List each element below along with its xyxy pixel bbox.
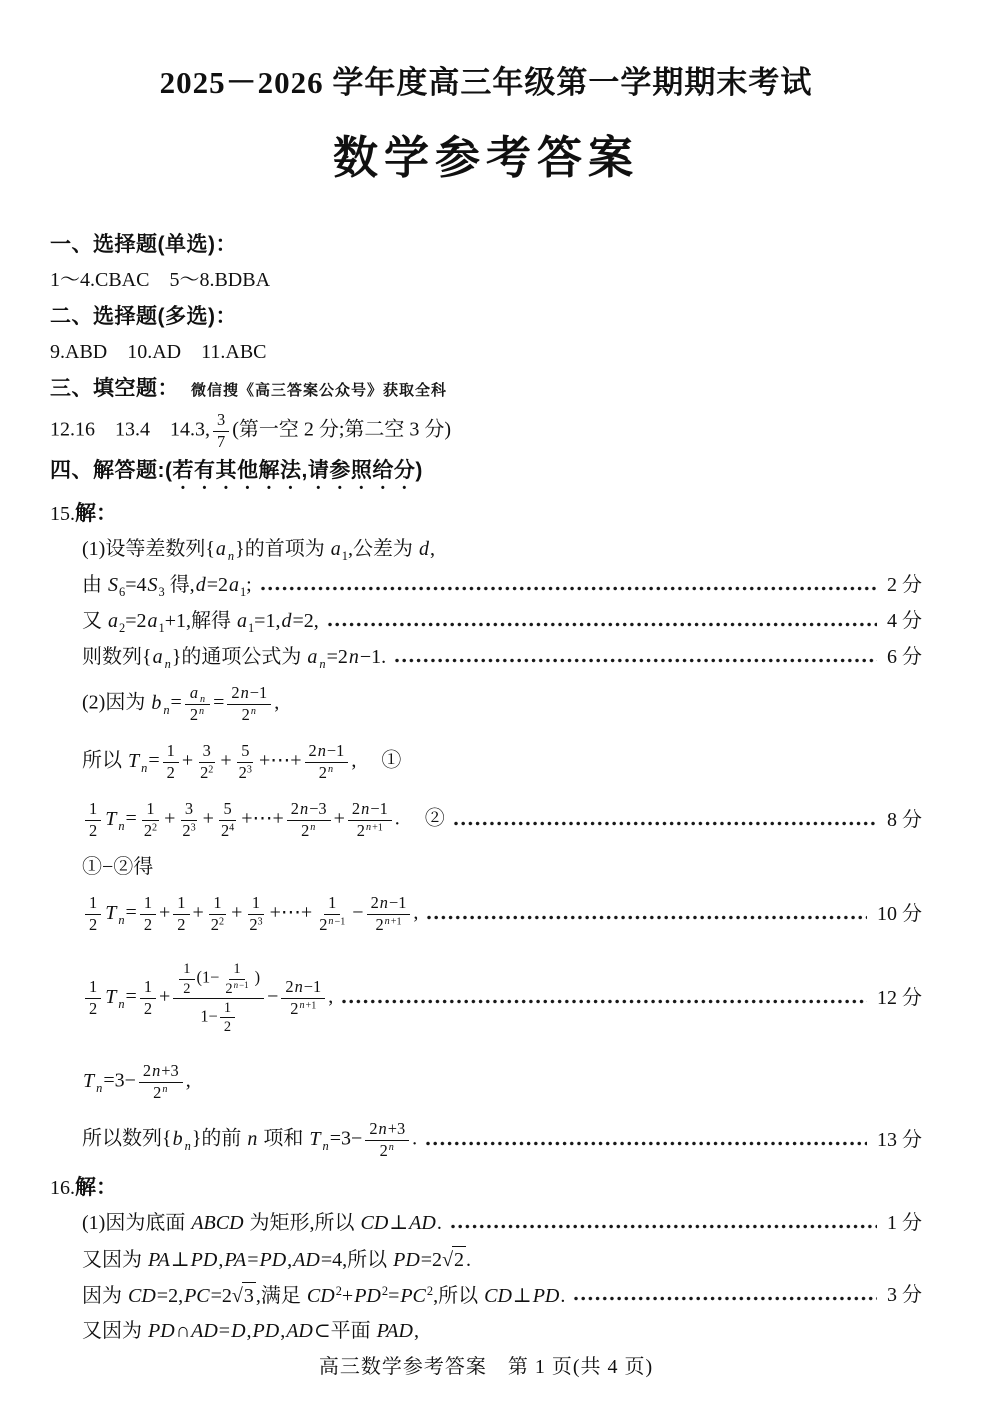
math-variable: n xyxy=(240,683,250,702)
fraction: 122 xyxy=(140,800,161,840)
superscript: 3 xyxy=(191,822,196,833)
subscript: n xyxy=(322,1139,330,1153)
q16-label-content: 16.解： xyxy=(50,1174,117,1201)
subscript: n xyxy=(184,1139,192,1153)
superscript: 3 xyxy=(258,916,263,927)
fraction: 2n−12n+1 xyxy=(367,894,411,934)
answer-sheet-page: 2025－2026 学年度高三年级第一学期期末考试 数学参考答案 一、选择题(单… xyxy=(0,0,992,1402)
fraction: 12 xyxy=(85,800,101,840)
math-variable: n xyxy=(317,741,327,760)
superscript: n+1 xyxy=(384,916,402,927)
math-variable: n xyxy=(384,916,391,927)
superscript: n xyxy=(309,822,316,833)
superscript: n−1 xyxy=(233,980,249,990)
dotted-leader xyxy=(327,621,877,628)
math-variable: d xyxy=(195,574,207,596)
q15-eq-circle1: 所以 Tn=12+322+523+⋯+2n−12n, ① xyxy=(50,734,922,790)
emphasized-text: 若有其他解法 xyxy=(173,459,302,482)
subscript: 2 xyxy=(119,621,125,635)
math-variable: PC xyxy=(183,1285,211,1307)
sec1-answers: 1～4.CBAC 5～8.BDBA xyxy=(50,263,922,297)
math-variable: T xyxy=(127,750,140,772)
fraction: 2n−12n xyxy=(227,684,271,724)
math-variable: n xyxy=(161,1084,168,1095)
math-variable: n xyxy=(117,913,125,927)
math-variable: n xyxy=(117,997,125,1011)
q16-step-3pt: 因为 CD=2,PC=2√3,满足 CD2+PD2=PC2,所以 CD⊥PD.3… xyxy=(50,1278,922,1312)
fraction: 123 xyxy=(245,894,266,934)
sec2-heading: 二、选择题(多选)： xyxy=(50,299,922,333)
fraction: 2n−32n xyxy=(287,800,331,840)
q15-eq-circle1-content: 所以 Tn=12+322+523+⋯+2n−12n, ① xyxy=(82,742,401,782)
superscript: n−1 xyxy=(327,916,345,927)
math-variable: PD xyxy=(258,1249,287,1271)
math-variable: AD xyxy=(292,1249,321,1271)
q15-step-2pt: 由 S6=4S3 得,d=2a1;2 分 xyxy=(50,568,922,602)
math-variable: PAD xyxy=(376,1320,414,1342)
math-variable: n xyxy=(198,706,205,717)
score-label: 4 分 xyxy=(887,608,922,634)
subscript: n xyxy=(117,913,125,927)
q15-label-content: 15.解： xyxy=(50,500,117,527)
fraction: 2n−12n+1 xyxy=(348,800,392,840)
superscript: n xyxy=(161,1084,168,1095)
fraction: an2n xyxy=(185,684,210,724)
q15-step-10pt: 12Tn=12+12+122+123+⋯+12n−1−2n−12n+1,10 分 xyxy=(50,886,922,942)
math-variable: n xyxy=(360,799,370,818)
math-variable: PD xyxy=(252,1320,281,1342)
math-variable: CD xyxy=(483,1285,513,1307)
dotted-leader xyxy=(425,1140,867,1147)
math-variable: n xyxy=(318,657,326,671)
math-variable: n xyxy=(379,893,389,912)
fraction: 323 xyxy=(178,800,199,840)
subscript: n xyxy=(318,657,326,671)
subscript: n xyxy=(95,1081,103,1095)
q16-step-1pt-content: (1)因为底面 ABCD 为矩形,所以 CD⊥AD. xyxy=(82,1210,442,1236)
score-label: 10 分 xyxy=(877,901,922,927)
subscript: n xyxy=(227,549,235,563)
superscript: 3 xyxy=(247,764,252,775)
q15-tn-result: Tn=3−2n+32n, xyxy=(50,1054,922,1110)
math-variable: AD xyxy=(190,1320,219,1342)
superscript: 2 xyxy=(382,1284,388,1298)
math-variable: T xyxy=(104,808,117,830)
math-variable: n xyxy=(227,549,235,563)
q15-part1-setup: (1)设等差数列{an}的首项为 a1,公差为 d, xyxy=(50,532,922,566)
dotted-leader xyxy=(453,820,877,827)
math-variable: n xyxy=(233,980,239,990)
math-variable: a xyxy=(228,574,240,596)
q15-subtract-content: ①−②得 xyxy=(82,854,153,880)
fraction: 12 xyxy=(220,1000,235,1035)
score-label: 12 分 xyxy=(877,985,922,1011)
math-variable: S xyxy=(107,574,119,596)
q15-step-13pt-content: 所以数列{bn}的前 n 项和 Tn=3−2n+32n. xyxy=(82,1120,417,1160)
bold-label: 解： xyxy=(75,1176,117,1199)
superscript: 2 xyxy=(336,1284,342,1298)
math-variable: a xyxy=(189,683,199,702)
q16-step2: 又因为 PA⊥PD,PA=PD,AD=4,所以 PD=2√2. xyxy=(50,1242,922,1276)
q15-tn-result-content: Tn=3−2n+32n, xyxy=(82,1062,191,1102)
emphasized-text: 请参照给分 xyxy=(308,459,416,482)
dotted-leader xyxy=(260,585,877,592)
math-variable: PA xyxy=(147,1249,171,1271)
dotted-leader xyxy=(426,914,867,921)
fraction: 524 xyxy=(217,800,238,840)
math-variable: n xyxy=(298,1000,305,1011)
subscript: n xyxy=(117,819,125,833)
q15-part2-bn-content: (2)因为 bn=an2n=2n−12n, xyxy=(82,684,279,724)
fraction: 2n−12n xyxy=(305,742,349,782)
sec1-heading: 一、选择题(单选)： xyxy=(50,227,922,261)
sec1-heading-content: 一、选择题(单选)： xyxy=(50,231,237,258)
math-variable: PD xyxy=(190,1249,219,1271)
footer-text: 高三数学参考答案 第 1 页(共 4 页) xyxy=(319,1356,653,1378)
math-variable: PD xyxy=(532,1285,561,1307)
answer-key-title: 数学参考答案 xyxy=(50,131,922,185)
superscript: n+1 xyxy=(298,1000,316,1011)
math-variable: n xyxy=(140,761,148,775)
math-variable: n xyxy=(162,703,170,717)
math-variable: AD xyxy=(285,1320,314,1342)
q15-step-6pt-content: 则数列{an}的通项公式为 an=2n−1. xyxy=(82,644,386,670)
math-variable: a xyxy=(107,610,119,632)
fraction: 12 xyxy=(85,978,101,1018)
page-footer: 高三数学参考答案 第 1 页(共 4 页) xyxy=(50,1350,922,1383)
math-variable: PA xyxy=(223,1249,247,1271)
dotted-leader xyxy=(573,1295,877,1302)
math-variable: b xyxy=(172,1128,184,1150)
math-variable: PC xyxy=(399,1285,427,1307)
q15-label: 15.解： xyxy=(50,496,922,530)
math-variable: a xyxy=(152,646,164,668)
math-variable: AD xyxy=(408,1212,437,1234)
sec3-answers-content: 12.16 13.4 14.3,37(第一空 2 分;第二空 3 分) xyxy=(50,411,451,451)
math-variable: d xyxy=(280,610,292,632)
math-variable: T xyxy=(308,1128,321,1150)
math-variable: n xyxy=(164,657,172,671)
fraction: 2n−12n+1 xyxy=(281,978,325,1018)
math-variable: CD xyxy=(360,1212,390,1234)
math-variable: S xyxy=(146,574,158,596)
sec3-heading: 三、填空题：微信搜《高三答案公众号》获取全科 xyxy=(50,371,922,405)
fraction: 12(1−12n−1)1−12 xyxy=(173,961,264,1035)
q16-step4-content: 又因为 PD∩AD=D,PD,AD⊂平面 PAD, xyxy=(82,1318,419,1344)
math-variable: ABCD xyxy=(190,1212,244,1234)
sec3-answers: 12.16 13.4 14.3,37(第一空 2 分;第二空 3 分) xyxy=(50,407,922,455)
subscript: 1 xyxy=(158,621,164,635)
q15-step-2pt-content: 由 S6=4S3 得,d=2a1; xyxy=(82,572,252,598)
superscript: 2 xyxy=(152,822,157,833)
score-label: 6 分 xyxy=(887,644,922,670)
fraction: 12 xyxy=(140,894,156,934)
subscript: 1 xyxy=(248,621,254,635)
superscript: 2 xyxy=(427,1284,433,1298)
math-variable: a xyxy=(215,538,227,560)
score-label: 13 分 xyxy=(877,1127,922,1153)
math-variable: n xyxy=(299,799,309,818)
math-variable: n xyxy=(322,1139,330,1153)
page-header: 2025－2026 学年度高三年级第一学期期末考试 数学参考答案 xyxy=(50,64,922,185)
math-variable: n xyxy=(388,1142,395,1153)
math-variable: n xyxy=(365,822,372,833)
math-variable: a xyxy=(236,610,248,632)
math-variable: PD xyxy=(147,1320,176,1342)
sec2-answers: 9.ABD 10.AD 11.ABC xyxy=(50,335,922,369)
q15-eq-circle2: 12Tn=122+323+524+⋯+2n−32n+2n−12n+1. ②8 分 xyxy=(50,792,922,848)
math-variable: n xyxy=(250,706,257,717)
sec1-answers-content: 1～4.CBAC 5～8.BDBA xyxy=(50,267,270,293)
subscript: n xyxy=(117,997,125,1011)
dotted-leader xyxy=(341,998,867,1005)
math-variable: a xyxy=(330,538,342,560)
q15-step-12pt-content: 12Tn=12+12(1−12n−1)1−12−2n−12n+1, xyxy=(82,961,333,1035)
superscript: 2 xyxy=(219,916,224,927)
score-label: 3 分 xyxy=(887,1282,922,1308)
math-variable: n xyxy=(378,1119,388,1138)
math-variable: n xyxy=(117,819,125,833)
bold-label: 解： xyxy=(75,502,117,525)
q15-step-4pt-content: 又 a2=2a1+1,解得 a1=1,d=2, xyxy=(82,608,319,634)
score-label: 1 分 xyxy=(887,1210,922,1236)
fraction: 37 xyxy=(213,411,229,451)
math-variable: PD xyxy=(353,1285,382,1307)
subscript: 1 xyxy=(342,549,348,563)
watermark-text: 微信搜《高三答案公众号》获取全科 xyxy=(191,381,447,399)
fraction: 122 xyxy=(207,894,228,934)
sec4-heading-content: 四、解答题:(若有其他解法,请参照给分) xyxy=(50,457,423,494)
math-variable: n xyxy=(184,1139,192,1153)
sqrt-radical: √2 xyxy=(442,1246,466,1273)
q15-part1-setup-content: (1)设等差数列{an}的首项为 a1,公差为 d, xyxy=(82,536,435,562)
q16-step4: 又因为 PD∩AD=D,PD,AD⊂平面 PAD, xyxy=(50,1314,922,1348)
fraction: 12n−1 xyxy=(221,961,252,996)
q15-part2-bn: (2)因为 bn=an2n=2n−12n, xyxy=(50,676,922,732)
superscript: n xyxy=(327,764,334,775)
superscript: n xyxy=(198,706,205,717)
math-variable: d xyxy=(418,538,430,560)
superscript: n+1 xyxy=(365,822,383,833)
q16-step-1pt: (1)因为底面 ABCD 为矩形,所以 CD⊥AD.1 分 xyxy=(50,1206,922,1240)
q15-step-10pt-content: 12Tn=12+12+122+123+⋯+12n−1−2n−12n+1, xyxy=(82,894,418,934)
answer-content: 一、选择题(单选)：1～4.CBAC 5～8.BDBA二、选择题(多选)：9.A… xyxy=(50,225,922,1350)
score-label: 2 分 xyxy=(887,572,922,598)
dotted-leader xyxy=(450,1223,877,1230)
fraction: 12 xyxy=(179,961,194,996)
math-variable: T xyxy=(82,1070,95,1092)
fraction: 12n−1 xyxy=(315,894,349,934)
fraction: 2n+32n xyxy=(139,1062,183,1102)
q15-step-4pt: 又 a2=2a1+1,解得 a1=1,d=2,4 分 xyxy=(50,604,922,638)
math-variable: n xyxy=(309,822,316,833)
q15-step-6pt: 则数列{an}的通项公式为 an=2n−1.6 分 xyxy=(50,640,922,674)
subscript: 6 xyxy=(119,585,125,599)
q15-subtract: ①−②得 xyxy=(50,850,922,884)
math-variable: CD xyxy=(127,1285,157,1307)
math-variable: a xyxy=(146,610,158,632)
score-label: 8 分 xyxy=(887,807,922,833)
q15-eq-circle2-content: 12Tn=122+323+524+⋯+2n−32n+2n−12n+1. ② xyxy=(82,800,445,840)
math-variable: n xyxy=(327,916,334,927)
fraction: 12 xyxy=(85,894,101,934)
math-variable: T xyxy=(104,986,117,1008)
sec4-heading: 四、解答题:(若有其他解法,请参照给分) xyxy=(50,457,922,494)
sec3-heading-content: 三、填空题：微信搜《高三答案公众号》获取全科 xyxy=(50,375,447,402)
math-variable: n xyxy=(151,1061,161,1080)
math-variable: PD xyxy=(392,1249,421,1271)
fraction: 12 xyxy=(163,742,179,782)
fraction: 2n+32n xyxy=(365,1120,409,1160)
exam-title: 2025－2026 学年度高三年级第一学期期末考试 xyxy=(50,64,922,101)
math-variable: CD xyxy=(306,1285,336,1307)
sec2-answers-content: 9.ABD 10.AD 11.ABC xyxy=(50,339,267,365)
subscript: n xyxy=(164,657,172,671)
math-variable: n xyxy=(348,646,360,668)
subscript: 1 xyxy=(240,585,246,599)
sec2-heading-content: 二、选择题(多选)： xyxy=(50,303,237,330)
fraction: 322 xyxy=(196,742,217,782)
subscript: n xyxy=(140,761,148,775)
math-variable: T xyxy=(104,902,117,924)
sqrt-radical: √3 xyxy=(232,1282,256,1309)
fraction: 12 xyxy=(140,978,156,1018)
q16-step2-content: 又因为 PA⊥PD,PA=PD,AD=4,所以 PD=2√2. xyxy=(82,1246,471,1273)
math-variable: n xyxy=(246,1128,258,1150)
superscript: 2 xyxy=(208,764,213,775)
q15-step-12pt: 12Tn=12+12(1−12n−1)1−12−2n−12n+1,12 分 xyxy=(50,944,922,1052)
q15-step-13pt: 所以数列{bn}的前 n 项和 Tn=3−2n+32n.13 分 xyxy=(50,1112,922,1168)
fraction: 12 xyxy=(173,894,189,934)
superscript: n xyxy=(388,1142,395,1153)
q16-step-3pt-content: 因为 CD=2,PC=2√3,满足 CD2+PD2=PC2,所以 CD⊥PD. xyxy=(82,1282,565,1309)
math-variable: b xyxy=(150,692,162,714)
math-variable: D xyxy=(230,1320,246,1342)
subscript: n xyxy=(162,703,170,717)
math-variable: n xyxy=(95,1081,103,1095)
q16-label: 16.解： xyxy=(50,1170,922,1204)
subscript: 3 xyxy=(158,585,164,599)
superscript: 4 xyxy=(229,822,234,833)
math-variable: a xyxy=(306,646,318,668)
fraction: 523 xyxy=(235,742,256,782)
dotted-leader xyxy=(394,657,877,664)
math-variable: n xyxy=(327,764,334,775)
math-variable: n xyxy=(294,977,304,996)
superscript: n xyxy=(250,706,257,717)
